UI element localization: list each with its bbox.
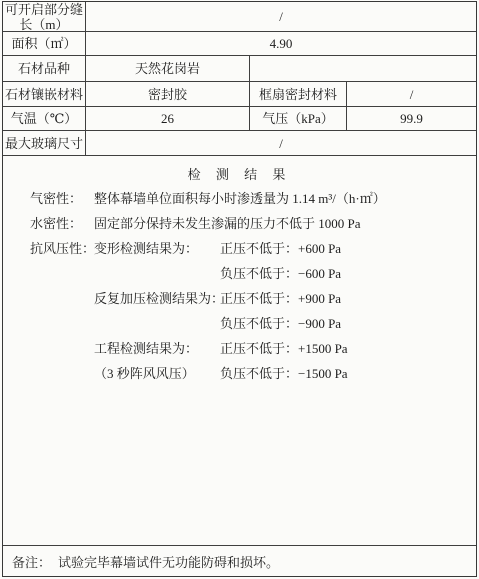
area-value: 4.90 bbox=[86, 32, 476, 55]
openable-seam-length-value: / bbox=[86, 2, 476, 31]
repeated-negative-value: 负压不低于：−900 Pa bbox=[220, 313, 476, 332]
airtightness-label: 气密性： bbox=[30, 188, 94, 207]
watertightness-line: 水密性： 固定部分保持未发生渗漏的压力不低于 1000 Pa bbox=[3, 210, 476, 235]
stone-inlay-material-label: 石材镶嵌材料 bbox=[3, 82, 86, 106]
wind-engineering-negative-line: （3 秒阵风风压） 负压不低于：−1500 Pa bbox=[3, 360, 476, 385]
stone-inlay-material-value: 密封胶 bbox=[86, 82, 250, 106]
row-sealing-materials: 石材镶嵌材料 密封胶 框扇密封材料 / bbox=[3, 82, 476, 107]
engineering-result-label: 工程检测结果为： bbox=[94, 338, 220, 357]
airtightness-line: 气密性： 整体幕墙单位面积每小时渗透量为 1.14 m³/（h·㎡） bbox=[3, 185, 476, 210]
remarks-row: 备注： 试验完毕幕墙试件无功能防碍和损坏。 bbox=[3, 546, 476, 576]
deformation-result-label: 变形检测结果为： bbox=[94, 238, 220, 257]
wind-deformation-negative-line: 负压不低于：−600 Pa bbox=[3, 260, 476, 285]
engineering-negative-value: 负压不低于：−1500 Pa bbox=[220, 363, 476, 382]
air-pressure-label: 气压（kPa） bbox=[250, 107, 347, 130]
row-openable-seam: 可开启部分缝 长（m） / bbox=[3, 2, 476, 32]
frame-sash-sealing-label: 框扇密封材料 bbox=[250, 82, 347, 106]
test-report-table: 可开启部分缝 长（m） / 面积（㎡） 4.90 石材品种 天然花岗岩 石材镶嵌… bbox=[2, 1, 477, 577]
wind-repeated-negative-line: 负压不低于：−900 Pa bbox=[3, 310, 476, 335]
engineering-gust-sublabel: （3 秒阵风风压） bbox=[94, 363, 220, 382]
deformation-negative-value: 负压不低于：−600 Pa bbox=[220, 263, 476, 282]
watertightness-value: 固定部分保持未发生渗漏的压力不低于 1000 Pa bbox=[94, 213, 476, 232]
row-max-glass: 最大玻璃尺寸 / bbox=[3, 131, 476, 156]
results-heading: 检 测 结 果 bbox=[3, 165, 476, 185]
repeated-pressure-result-label: 反复加压检测结果为： bbox=[94, 288, 220, 307]
row-temp-pressure: 气温（℃） 26 气压（kPa） 99.9 bbox=[3, 107, 476, 131]
air-pressure-value: 99.9 bbox=[347, 107, 476, 130]
air-temperature-label: 气温（℃） bbox=[3, 107, 86, 130]
row-stone-type: 石材品种 天然花岗岩 bbox=[3, 56, 476, 82]
max-glass-size-label: 最大玻璃尺寸 bbox=[3, 131, 86, 155]
openable-seam-length-label: 可开启部分缝 长（m） bbox=[3, 2, 86, 31]
wind-engineering-positive-line: 工程检测结果为： 正压不低于：+1500 Pa bbox=[3, 335, 476, 360]
document-page: 可开启部分缝 长（m） / 面积（㎡） 4.90 石材品种 天然花岗岩 石材镶嵌… bbox=[0, 0, 479, 579]
results-section: 检 测 结 果 气密性： 整体幕墙单位面积每小时渗透量为 1.14 m³/（h·… bbox=[3, 156, 476, 546]
deformation-positive-value: 正压不低于：+600 Pa bbox=[220, 238, 476, 257]
wind-repeated-positive-line: 反复加压检测结果为： 正压不低于：+900 Pa bbox=[3, 285, 476, 310]
stone-type-value: 天然花岗岩 bbox=[86, 56, 250, 81]
wind-deformation-positive-line: 抗风压性： 变形检测结果为： 正压不低于：+600 Pa bbox=[3, 235, 476, 260]
frame-sash-sealing-value: / bbox=[347, 82, 476, 106]
openable-seam-label-line2: 长（m） bbox=[5, 17, 83, 32]
engineering-positive-value: 正压不低于：+1500 Pa bbox=[220, 338, 476, 357]
stone-type-empty-cell bbox=[250, 56, 476, 81]
repeated-positive-value: 正压不低于：+900 Pa bbox=[220, 288, 476, 307]
max-glass-size-value: / bbox=[86, 131, 476, 155]
note-text: 试验完毕幕墙试件无功能防碍和损坏。 bbox=[58, 552, 279, 571]
air-temperature-value: 26 bbox=[86, 107, 250, 130]
stone-type-label: 石材品种 bbox=[3, 56, 86, 81]
row-area: 面积（㎡） 4.90 bbox=[3, 32, 476, 56]
airtightness-value: 整体幕墙单位面积每小时渗透量为 1.14 m³/（h·㎡） bbox=[94, 188, 476, 207]
wind-resistance-label: 抗风压性： bbox=[30, 238, 94, 257]
watertightness-label: 水密性： bbox=[30, 213, 94, 232]
note-label: 备注： bbox=[12, 552, 51, 571]
openable-seam-label-line1: 可开启部分缝 bbox=[5, 2, 83, 17]
area-label: 面积（㎡） bbox=[3, 32, 86, 55]
